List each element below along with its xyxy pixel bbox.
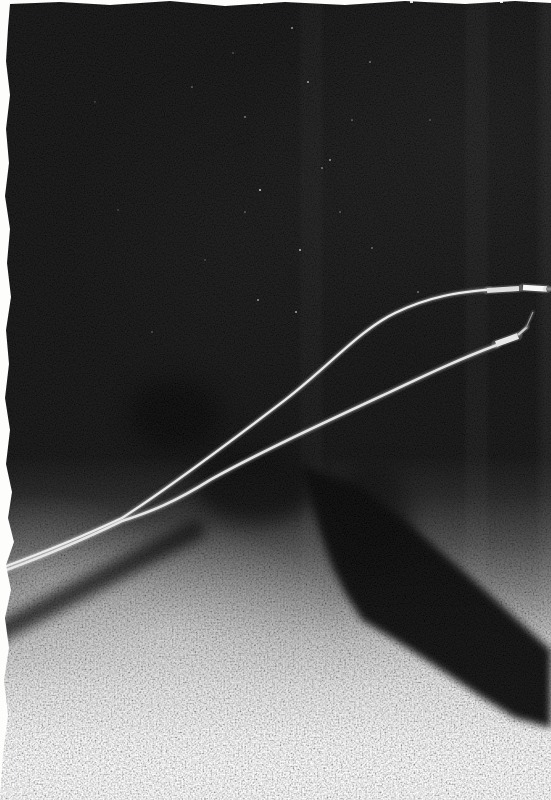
specks — [94, 27, 431, 333]
photo — [0, 0, 551, 800]
edge-ticks — [120, 0, 532, 4]
scanned-page — [0, 0, 551, 800]
instruments-layer — [0, 0, 551, 800]
connectors — [487, 288, 551, 345]
wires — [0, 290, 497, 577]
